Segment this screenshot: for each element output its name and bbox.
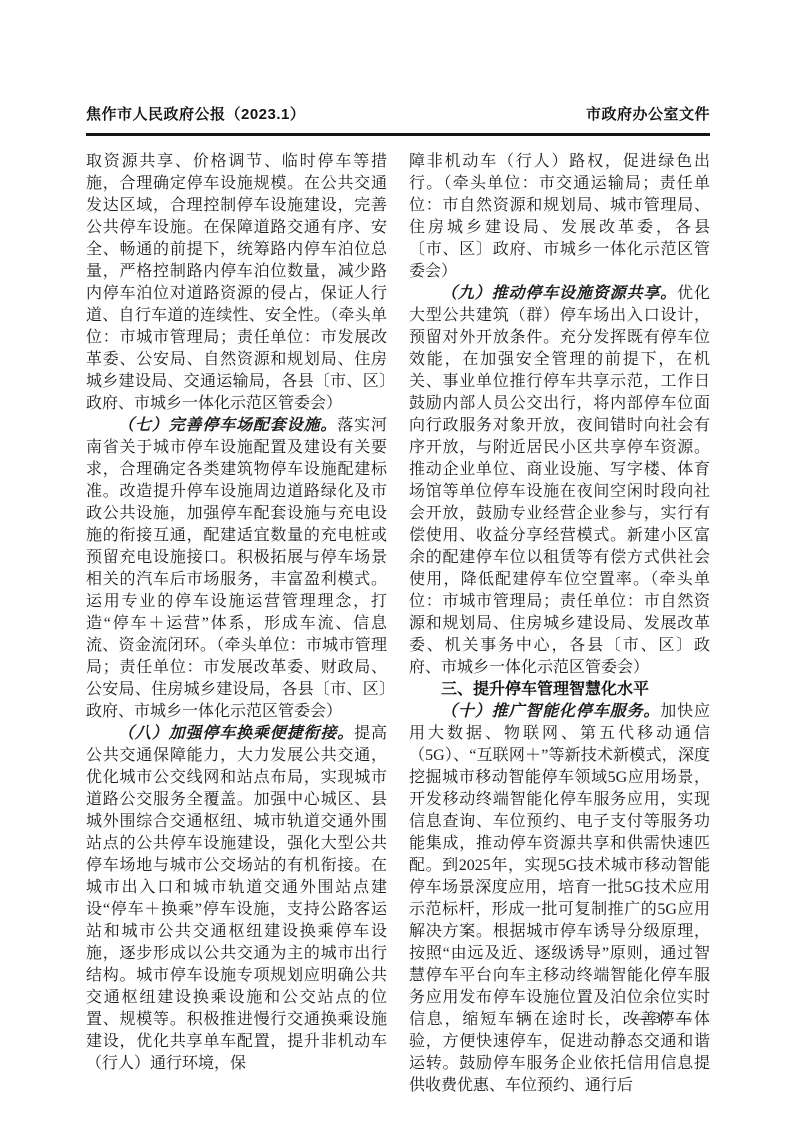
right-column: 障非机动车（行人）路权，促进绿色出行。（牵头单位：市交通运输局；责任单位：市自然… (409, 151, 710, 1097)
paragraph-item-9: （九）推动停车设施资源共享。优化大型公共建筑（群）停车场出入口设计，预留对外开放… (409, 283, 710, 679)
paragraph-item-8: （八）加强停车换乘便捷衔接。提高公共交通保障能力，大力发展公共交通，优化城市公交… (86, 723, 387, 1075)
paragraph-text: 提高公共交通保障能力，大力发展公共交通，优化城市公交线网和站点布局，实现城市道路… (86, 725, 387, 1072)
item-7-heading: （七）完善停车场配套设施。 (118, 417, 337, 434)
gazette-title: 焦作市人民政府公报（2023.1） (86, 103, 305, 124)
item-9-heading: （九）推动停车设施资源共享。 (441, 285, 677, 302)
paragraph-text: 加快应用大数据、物联网、第五代移动通信（5G）、“互联网＋”等新技术新模式，深度… (409, 703, 710, 1094)
body-columns: 取资源共享、价格调节、临时停车等措施，合理确定停车设施规模。在公共交通发达区域，… (86, 151, 710, 1097)
item-8-heading: （八）加强停车换乘便捷衔接。 (118, 725, 354, 742)
page-header: 焦作市人民政府公报（2023.1） 市政府办公室文件 (86, 103, 710, 124)
section-heading-3: 三、提升停车管理智慧化水平 (409, 679, 710, 701)
paragraph-continuation: 取资源共享、价格调节、临时停车等措施，合理确定停车设施规模。在公共交通发达区域，… (86, 151, 387, 415)
item-10-heading: （十）推广智能化停车服务。 (441, 703, 660, 720)
paragraph-text: 障非机动车（行人）路权，促进绿色出行。（牵头单位：市交通运输局；责任单位：市自然… (409, 153, 710, 280)
paragraph-text: 优化大型公共建筑（群）停车场出入口设计，预留对外开放条件。充分发挥既有停车位效能… (409, 285, 710, 676)
gazette-page: 焦作市人民政府公报（2023.1） 市政府办公室文件 取资源共享、价格调节、临时… (0, 0, 793, 1122)
paragraph-item-10: （十）推广智能化停车服务。加快应用大数据、物联网、第五代移动通信（5G）、“互联… (409, 701, 710, 1097)
paragraph-text: 取资源共享、价格调节、临时停车等措施，合理确定停车设施规模。在公共交通发达区域，… (86, 153, 387, 412)
document-category: 市政府办公室文件 (586, 103, 710, 124)
paragraph-text: 落实河南省关于城市停车设施配置及建设有关要求，合理确定各类建筑物停车设施配建标准… (86, 417, 387, 720)
header-rule (86, 133, 710, 136)
page-number: — 37 — (598, 1010, 726, 1028)
paragraph-item-7: （七）完善停车场配套设施。落实河南省关于城市停车设施配置及建设有关要求，合理确定… (86, 415, 387, 723)
left-column: 取资源共享、价格调节、临时停车等措施，合理确定停车设施规模。在公共交通发达区域，… (86, 151, 387, 1097)
paragraph-continuation: 障非机动车（行人）路权，促进绿色出行。（牵头单位：市交通运输局；责任单位：市自然… (409, 151, 710, 283)
